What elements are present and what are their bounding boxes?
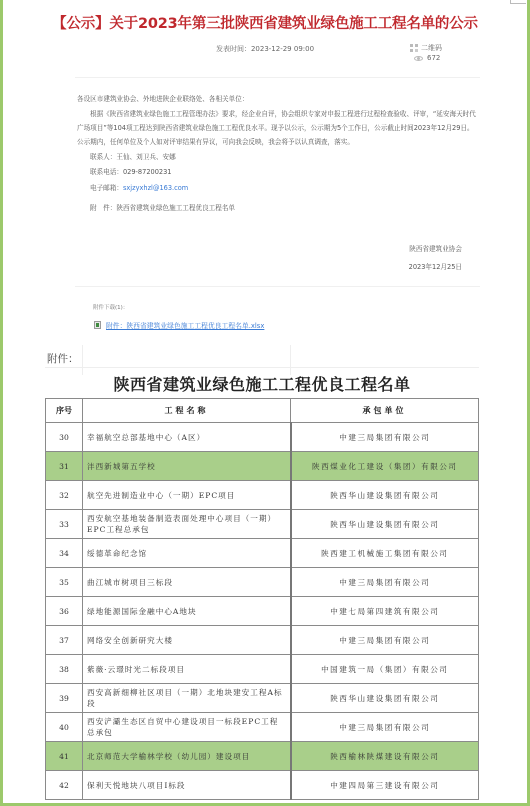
table-row: 33 西安航空基地装备制造表面处理中心项目（一期）EPC工程总承包 陕西华山建设… [46, 510, 479, 539]
cell-seq: 41 [46, 742, 83, 771]
contact-email: 电子邮箱：sxjzyxhzl@163.com [90, 181, 490, 195]
cell-seq: 38 [46, 655, 83, 684]
table-row: 30 幸福航空总部基地中心（A区） 中建三局集团有限公司 [46, 423, 479, 452]
publish-meta: 发表时间：2023-12-29 09:00 [0, 44, 530, 54]
cell-seq: 36 [46, 597, 83, 626]
header-divider [75, 77, 480, 78]
cell-contractor: 陕西榆林陕煤建设有限公司 [291, 742, 479, 771]
cell-project-name: 幸福航空总部基地中心（A区） [83, 423, 291, 452]
table-row: 38 紫薇·云璟时光二标段项目 中国建筑一局（集团）有限公司 [46, 655, 479, 684]
view-count: 672 [427, 54, 440, 62]
table-row: 34 绥德革命纪念馆 陕西建工机械施工集团有限公司 [46, 539, 479, 568]
sheet-label: 附件： [47, 351, 79, 366]
cell-project-name: 西安航空基地装备制造表面处理中心项目（一期）EPC工程总承包 [83, 510, 291, 539]
cell-project-name: 北京师范大学榆林学校（幼儿园）建设项目 [83, 742, 291, 771]
cell-project-name: 绥德革命纪念馆 [83, 539, 291, 568]
cell-contractor: 陕西煤业化工建设（集团）有限公司 [291, 452, 479, 481]
cell-project-name: 航空先进制造业中心（一期）EPC项目 [83, 481, 291, 510]
email-label: 电子邮箱： [90, 184, 123, 192]
cell-contractor: 中建三局集团有限公司 [291, 626, 479, 655]
excel-file-icon [94, 321, 101, 329]
cell-contractor: 中国建筑一局（集团）有限公司 [291, 655, 479, 684]
cell-project-name: 沣西新城第五学校 [83, 452, 291, 481]
cell-project-name: 曲江城市树项目三标段 [83, 568, 291, 597]
attachment-download-header: 附件下载(1)： [93, 303, 128, 311]
qr-code-icon [410, 44, 418, 52]
attachment-link[interactable]: 附件：陕西省建筑业绿色施工工程优良工程名单.xlsx [94, 320, 264, 330]
table-row: 42 保利天悦地块八项目Ⅰ标段 中建四局第三建设有限公司 [46, 771, 479, 800]
cell-seq: 40 [46, 713, 83, 742]
table-row: 39 西安高新细柳社区项目（一期）北地块建安工程A标段 陕西华山建设集团有限公司 [46, 684, 479, 713]
table-row-highlighted: 41 北京师范大学榆林学校（幼儿园）建设项目 陕西榆林陕煤建设有限公司 [46, 742, 479, 771]
sheet-title: 陕西省建筑业绿色施工工程优良工程名单 [45, 372, 479, 395]
cell-contractor: 中建三局集团有限公司 [291, 423, 479, 452]
table-row: 37 网络安全创新研究大楼 中建三局集团有限公司 [46, 626, 479, 655]
eye-icon [414, 56, 423, 61]
qr-code-button[interactable]: 二维码 [410, 43, 442, 53]
table-row: 35 曲江城市树项目三标段 中建三局集团有限公司 [46, 568, 479, 597]
signature-org: 陕西省建筑业协会 [409, 243, 462, 253]
cell-seq: 37 [46, 626, 83, 655]
cell-seq: 35 [46, 568, 83, 597]
table-row-highlighted: 31 沣西新城第五学校 陕西煤业化工建设（集团）有限公司 [46, 452, 479, 481]
column-header-seq: 序号 [46, 399, 83, 423]
cell-contractor: 陕西华山建设集团有限公司 [291, 684, 479, 713]
cell-contractor: 中建三局集团有限公司 [291, 568, 479, 597]
contact-person: 联系人：王仙、刘卫兵、安娜 [90, 150, 490, 164]
table-header-row: 序号 工程名称 承包单位 [46, 399, 479, 423]
cell-seq: 39 [46, 684, 83, 713]
cell-project-name: 紫薇·云璟时光二标段项目 [83, 655, 291, 684]
cell-contractor: 中建三局集团有限公司 [291, 713, 479, 742]
cell-contractor: 陕西建工机械施工集团有限公司 [291, 539, 479, 568]
cell-seq: 30 [46, 423, 83, 452]
cell-project-name: 西安浐灞生态区自贸中心建设项目一标段EPC工程总承包 [83, 713, 291, 742]
table-row: 32 航空先进制造业中心（一期）EPC项目 陕西华山建设集团有限公司 [46, 481, 479, 510]
salutation: 各设区市建筑业协会、外地进陕企业联络处、各相关单位： [77, 92, 477, 106]
table-row: 40 西安浐灞生态区自贸中心建设项目一标段EPC工程总承包 中建三局集团有限公司 [46, 713, 479, 742]
cell-seq: 34 [46, 539, 83, 568]
body-divider [75, 286, 480, 287]
cell-seq: 42 [46, 771, 83, 800]
sheet-gridline [290, 345, 291, 375]
view-counter: 672 [414, 54, 440, 62]
table-row: 36 绿地能源国际金融中心A地块 中建七局第四建筑有限公司 [46, 597, 479, 626]
attachment-link-label: 附件：陕西省建筑业绿色施工工程优良工程名单.xlsx [106, 320, 264, 330]
sheet-gridline [82, 345, 83, 375]
qr-code-label: 二维码 [421, 43, 442, 53]
project-table: 序号 工程名称 承包单位 30 幸福航空总部基地中心（A区） 中建三局集团有限公… [45, 398, 479, 800]
signature-date: 2023年12月25日 [409, 261, 462, 271]
sheet-gridline [45, 367, 479, 368]
cell-project-name: 西安高新细柳社区项目（一期）北地块建安工程A标段 [83, 684, 291, 713]
cell-contractor: 中建七局第四建筑有限公司 [291, 597, 479, 626]
contact-phone: 联系电话：029-87200231 [90, 165, 490, 179]
attachment-sheet-image: 附件： 陕西省建筑业绿色施工工程优良工程名单 序号 工程名称 承包单位 30 幸… [45, 345, 479, 803]
cell-project-name: 网络安全创新研究大楼 [83, 626, 291, 655]
cell-contractor: 陕西华山建设集团有限公司 [291, 481, 479, 510]
publish-time: 2023-12-29 09:00 [251, 45, 314, 53]
corner-mark [510, 0, 526, 4]
article-title: 【公示】关于2023年第三批陕西省建筑业绿色施工工程名单的公示 [0, 12, 530, 33]
attachment-note: 附 件：陕西省建筑业绿色施工工程优良工程名单 [90, 201, 490, 215]
column-header-name: 工程名称 [83, 399, 291, 423]
cell-project-name: 绿地能源国际金融中心A地块 [83, 597, 291, 626]
notice-paragraph: 根据《陕西省建筑业绿色施工工程管理办法》要求，经企业自评，协会组织专家对申报工程… [77, 107, 477, 149]
cell-seq: 31 [46, 452, 83, 481]
cell-contractor: 中建四局第三建设有限公司 [291, 771, 479, 800]
cell-project-name: 保利天悦地块八项目Ⅰ标段 [83, 771, 291, 800]
cell-seq: 33 [46, 510, 83, 539]
column-header-org: 承包单位 [291, 399, 479, 423]
cell-seq: 32 [46, 481, 83, 510]
email-link[interactable]: sxjzyxhzl@163.com [123, 184, 188, 192]
publish-label: 发表时间： [216, 45, 251, 53]
cell-contractor: 陕西华山建设集团有限公司 [291, 510, 479, 539]
